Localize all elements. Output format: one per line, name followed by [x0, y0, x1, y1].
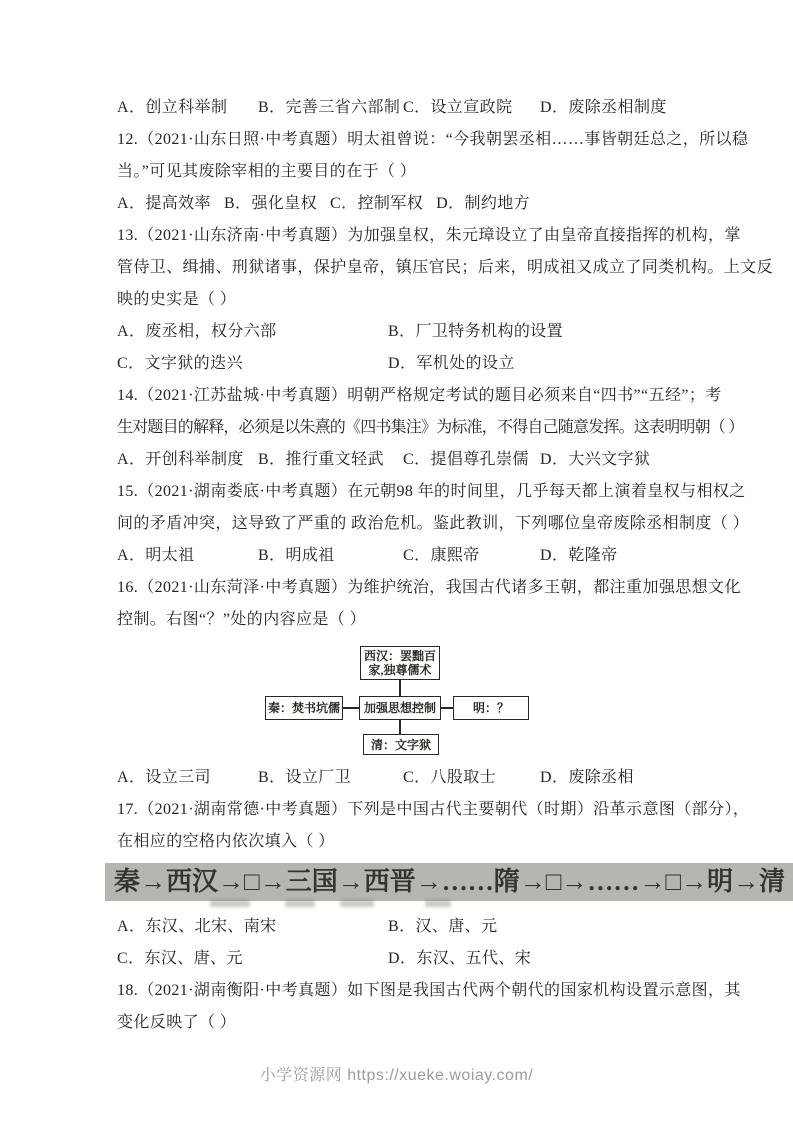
q14-stem-line1: 14.（2021·江苏盐城·中考真题）明朝严格规定考试的题目必须来自“四书”“五… — [117, 380, 793, 412]
q16-option-b: B．设立厂卫 — [258, 762, 403, 794]
q13-option-b: B．厂卫特务机构的设置 — [388, 316, 677, 348]
q17-option-a: A．东汉、北宋、南宋 — [117, 911, 388, 943]
q17-option-c: C．东汉、唐、元 — [117, 943, 388, 975]
q11-option-d: D．废除丞相制度 — [540, 92, 677, 124]
q18-stem-line2: 变化反映了（ ） — [117, 1007, 793, 1039]
diagram-box-qing: 清：文字狱 — [363, 734, 439, 755]
diagram-box-qin: 秦：焚书坑儒 — [265, 696, 343, 720]
q12-options-row: A．提高效率 B．强化皇权 C．控制军权 D．制约地方 — [117, 188, 793, 220]
q17-dynasty-timeline-strip: 秦→西汉→□→三国→西晋→……隋→□→……→□→明→清 — [105, 863, 793, 901]
q15-option-b: B．明成祖 — [258, 540, 403, 572]
q15-stem-line1: 15.（2021·湖南娄底·中考真题）在元朝98 年的时间里，几乎每天都上演着皇… — [117, 476, 793, 508]
q12-option-d: D．制约地方 — [436, 188, 530, 220]
q14-option-d: D．大兴文字狱 — [540, 444, 677, 476]
q13-stem-line2: 管侍卫、缉捕、刑狱诸事，保护皇帝，镇压官民；后来，明成祖又成立了同类机构。上文反 — [117, 252, 793, 284]
q17-stem-line2: 在相应的空格内依次填入（ ） — [117, 826, 793, 858]
footer-watermark: 小学资源网 https://xueke.woiay.com/ — [0, 1062, 793, 1085]
strip-ghost-second-line — [190, 900, 590, 908]
q13-option-a: A．废丞相，权分六部 — [117, 316, 388, 348]
q15-option-c: C．康熙帝 — [403, 540, 540, 572]
diagram-box-ming: 明：？ — [453, 696, 529, 720]
q13-options-row1: A．废丞相，权分六部 B．厂卫特务机构的设置 — [117, 316, 677, 348]
connector-left-horizontal — [343, 707, 359, 709]
connector-right-horizontal — [441, 707, 453, 709]
q13-option-d: D．军机处的设立 — [388, 348, 677, 380]
q12-stem-line1: 12.（2021·山东日照·中考真题）明太祖曾说：“今我朝罢丞相……事皆朝廷总之… — [117, 124, 793, 156]
q12-option-a: A．提高效率 — [117, 188, 211, 220]
q14-option-c: C．提倡尊孔崇儒 — [403, 444, 540, 476]
q17-options-row2: C．东汉、唐、元 D．东汉、五代、宋 — [117, 943, 677, 975]
q17-options-row1: A．东汉、北宋、南宋 B．汉、唐、元 — [117, 911, 677, 943]
q17-option-d: D．东汉、五代、宋 — [388, 943, 677, 975]
q12-option-c: C．控制军权 — [330, 188, 423, 220]
q15-option-a: A．明太祖 — [117, 540, 258, 572]
q16-stem-line1: 16.（2021·山东菏泽·中考真题）为维护统治，我国古代诸多王朝，都注重加强思… — [117, 572, 793, 604]
diagram-box-center: 加强思想控制 — [359, 696, 441, 720]
q13-option-c: C．文字狱的迭兴 — [117, 348, 388, 380]
q11-option-a: A．创立科举制 — [117, 92, 258, 124]
connector-top-vertical — [399, 680, 401, 696]
q17-stem-line1: 17.（2021·湖南常德·中考真题）下列是中国古代主要朝代（时期）沿革示意图（… — [117, 794, 793, 826]
diagram-box-xihan: 西汉：罢黜百 家,独尊儒术 — [360, 646, 440, 680]
q14-stem-line2: 生对题目的解释，必须是以朱熹的《四书集注》为标准，不得自己随意发挥。这表明明朝（… — [117, 412, 793, 444]
q17-option-b: B．汉、唐、元 — [388, 911, 677, 943]
q11-options-row: A．创立科举制 B．完善三省六部制 C．设立宣政院 D．废除丞相制度 — [117, 92, 677, 124]
q14-option-b: B．推行重文轻武 — [258, 444, 403, 476]
q15-option-d: D．乾隆帝 — [540, 540, 677, 572]
q11-option-b: B．完善三省六部制 — [258, 92, 403, 124]
q16-thought-control-diagram: 西汉：罢黜百 家,独尊儒术 秦：焚书坑儒 加强思想控制 明：？ 清：文字狱 — [117, 646, 677, 755]
q12-option-b: B．强化皇权 — [224, 188, 317, 220]
exam-document-page: A．创立科举制 B．完善三省六部制 C．设立宣政院 D．废除丞相制度 12.（2… — [0, 0, 793, 1039]
q15-options-row: A．明太祖 B．明成祖 C．康熙帝 D．乾隆帝 — [117, 540, 677, 572]
q16-option-a: A．设立三司 — [117, 762, 258, 794]
q14-option-a: A．开创科举制度 — [117, 444, 258, 476]
q15-stem-line2: 间的矛盾冲突，这导致了严重的 政治危机。鉴此教训，下列哪位皇帝废除丞相制度（ ） — [117, 508, 793, 540]
connector-bottom-vertical — [399, 720, 401, 734]
q18-stem-line1: 18.（2021·湖南衡阳·中考真题）如下图是我国古代两个朝代的国家机构设置示意… — [117, 975, 793, 1007]
q13-stem-line1: 13.（2021·山东济南·中考真题）为加强皇权，朱元璋设立了由皇帝直接指挥的机… — [117, 220, 793, 252]
q13-stem-line3: 映的史实是（ ） — [117, 284, 793, 316]
q16-options-row: A．设立三司 B．设立厂卫 C．八股取士 D．废除丞相 — [117, 762, 677, 794]
q11-option-c: C．设立宣政院 — [403, 92, 540, 124]
q16-stem-line2: 控制。右图“？”处的内容应是（ ） — [117, 604, 793, 636]
q14-options-row: A．开创科举制度 B．推行重文轻武 C．提倡尊孔崇儒 D．大兴文字狱 — [117, 444, 677, 476]
q13-options-row2: C．文字狱的迭兴 D．军机处的设立 — [117, 348, 677, 380]
q16-option-c: C．八股取士 — [403, 762, 540, 794]
q16-option-d: D．废除丞相 — [540, 762, 677, 794]
q12-stem-line2: 当。”可见其废除宰相的主要目的在于（ ） — [117, 156, 793, 188]
